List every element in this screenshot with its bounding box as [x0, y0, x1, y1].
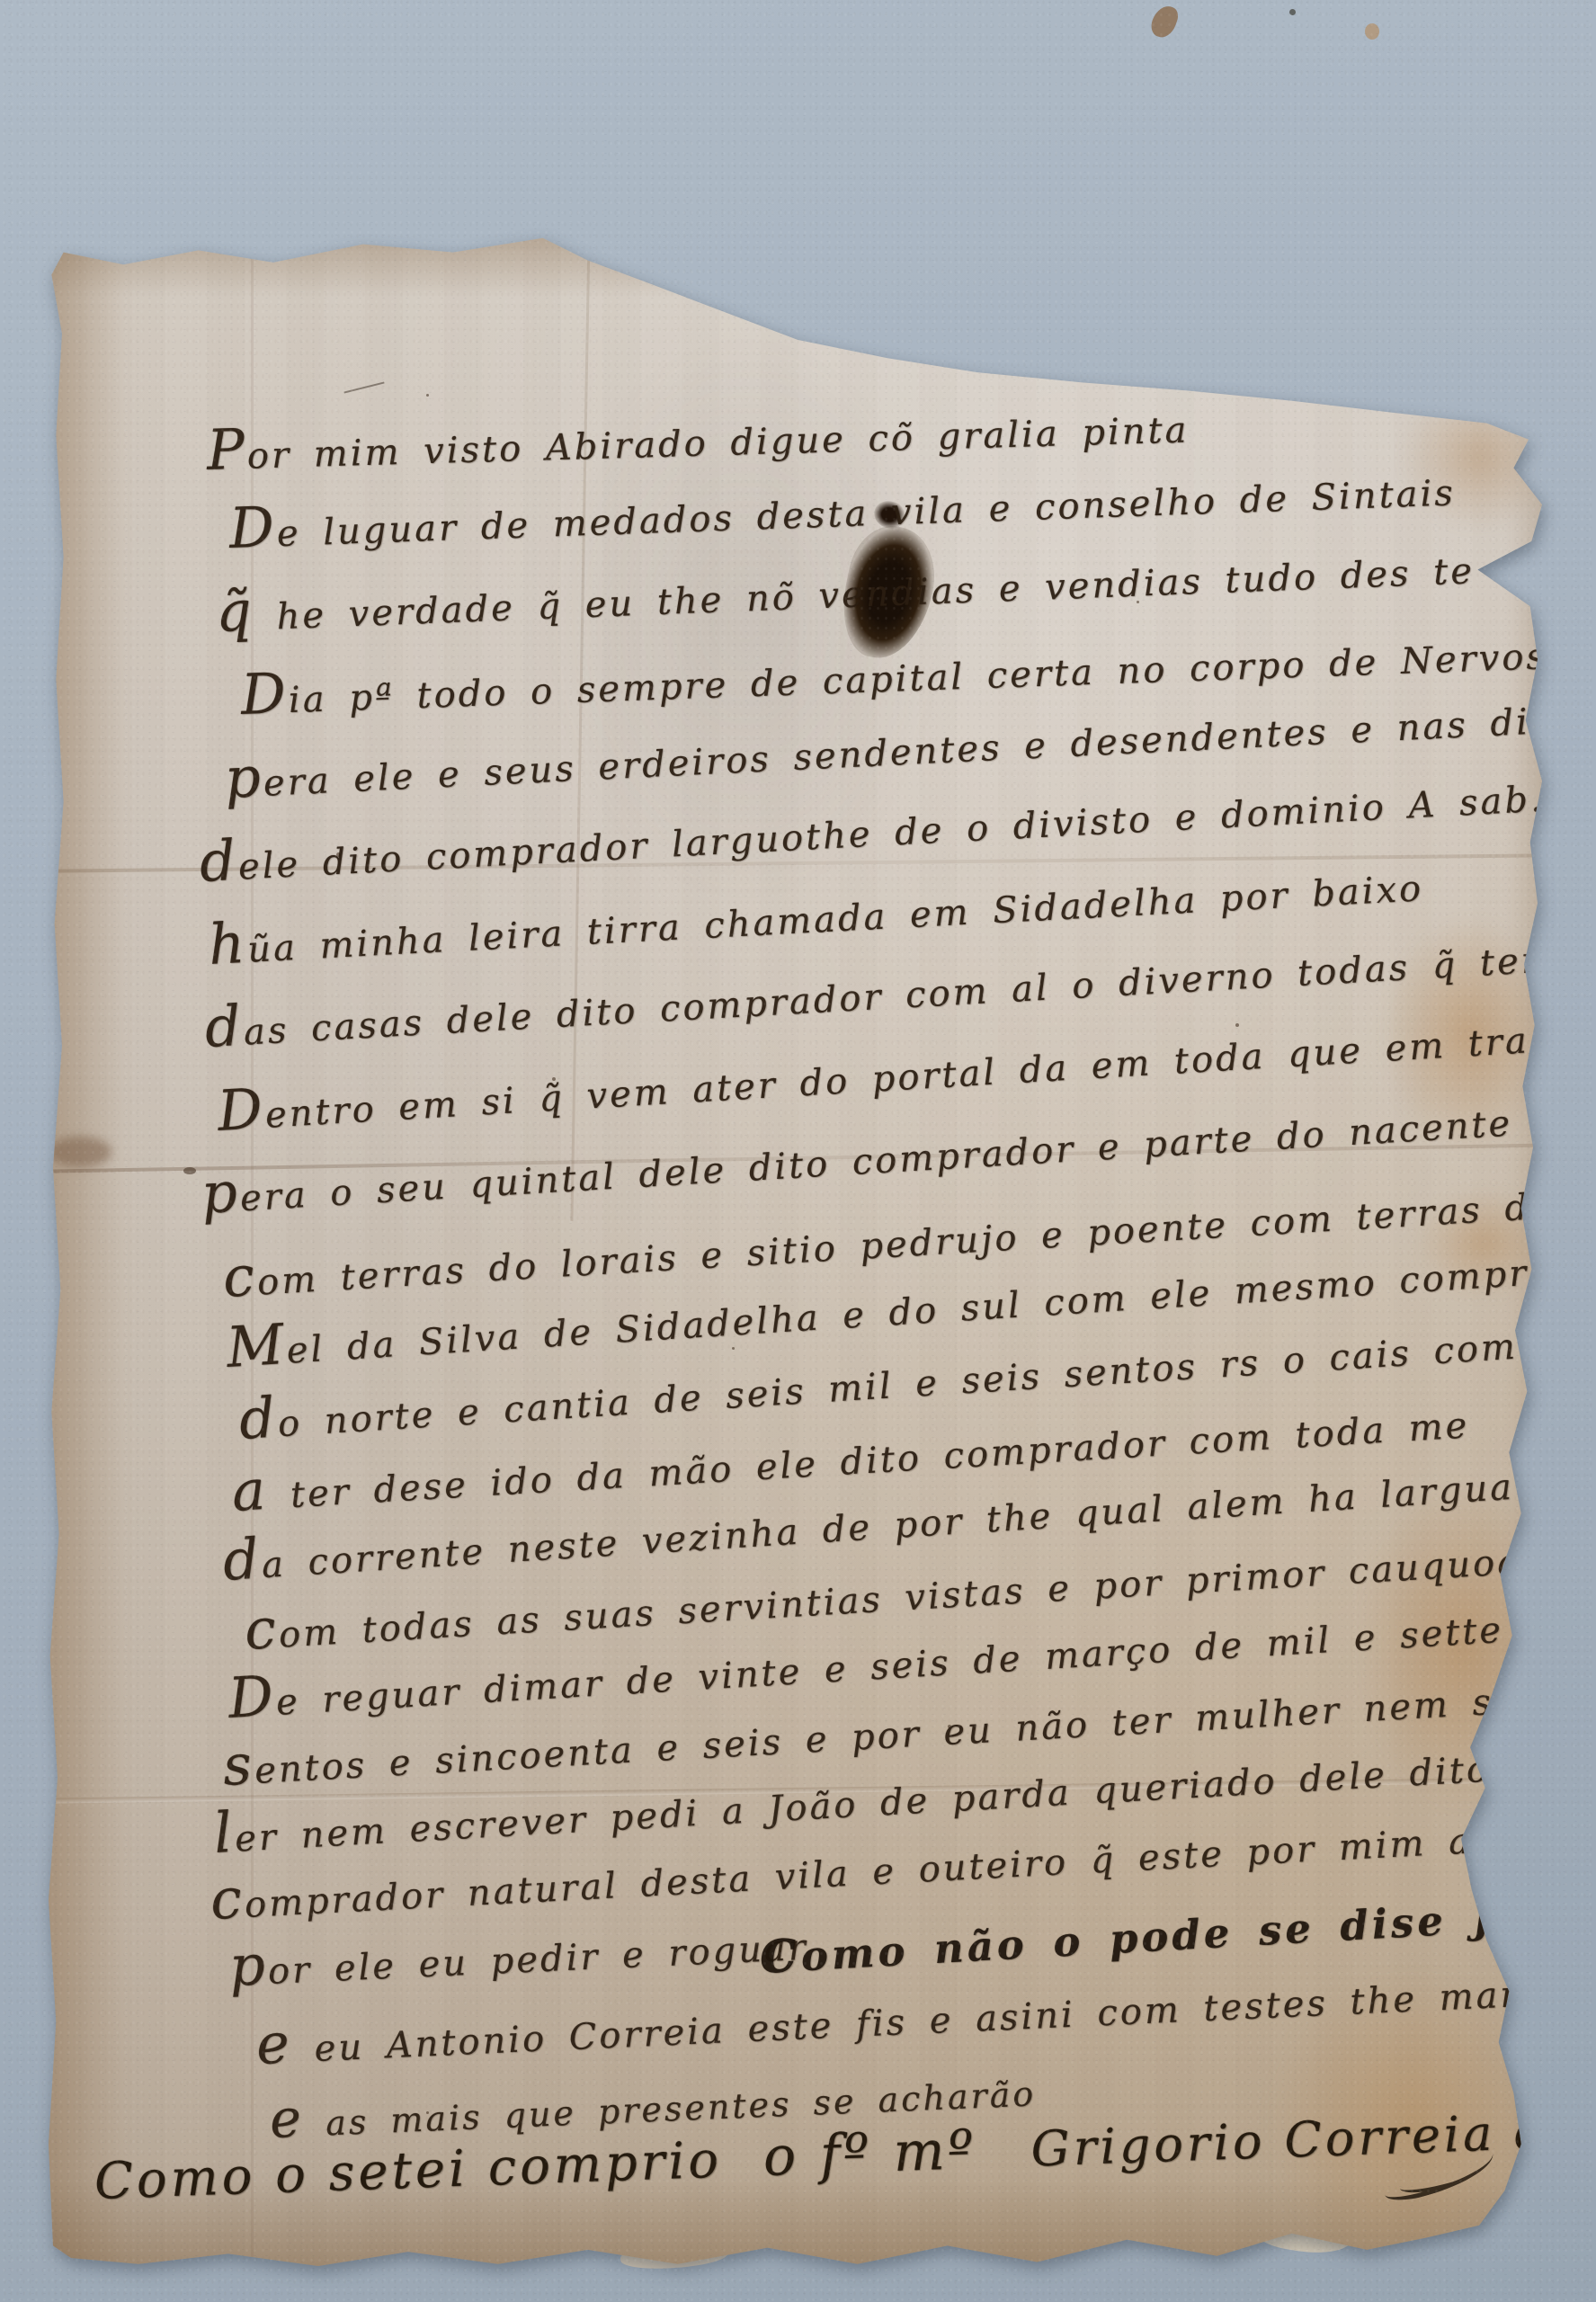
manuscript-line: por ele eu pedir e roguar: [228, 1913, 809, 1994]
ink-fleck: [183, 1167, 196, 1174]
manuscript-paper: Por mim visto Abirado digue cõ gralia pi…: [49, 232, 1547, 2266]
ink-fleck: [903, 295, 906, 299]
ink-fleck: [732, 1347, 735, 1350]
fold-crease-smudge: [49, 1137, 111, 1167]
signature-abbreviation: o fº mº: [762, 2119, 978, 2189]
paper-shadow-wrapper: Por mim visto Abirado digue cõ gralia pi…: [0, 0, 1596, 2302]
paper-edge-browning-top: [49, 232, 1547, 297]
paper-edge-browning-left: [49, 232, 134, 2266]
ink-fleck: [426, 394, 429, 397]
signature-prefix: Como o setei comprio: [94, 2131, 723, 2211]
photo-scene: Por mim visto Abirado digue cõ gralia pi…: [0, 0, 1596, 2302]
paper-fiber-mark: [343, 381, 384, 393]
